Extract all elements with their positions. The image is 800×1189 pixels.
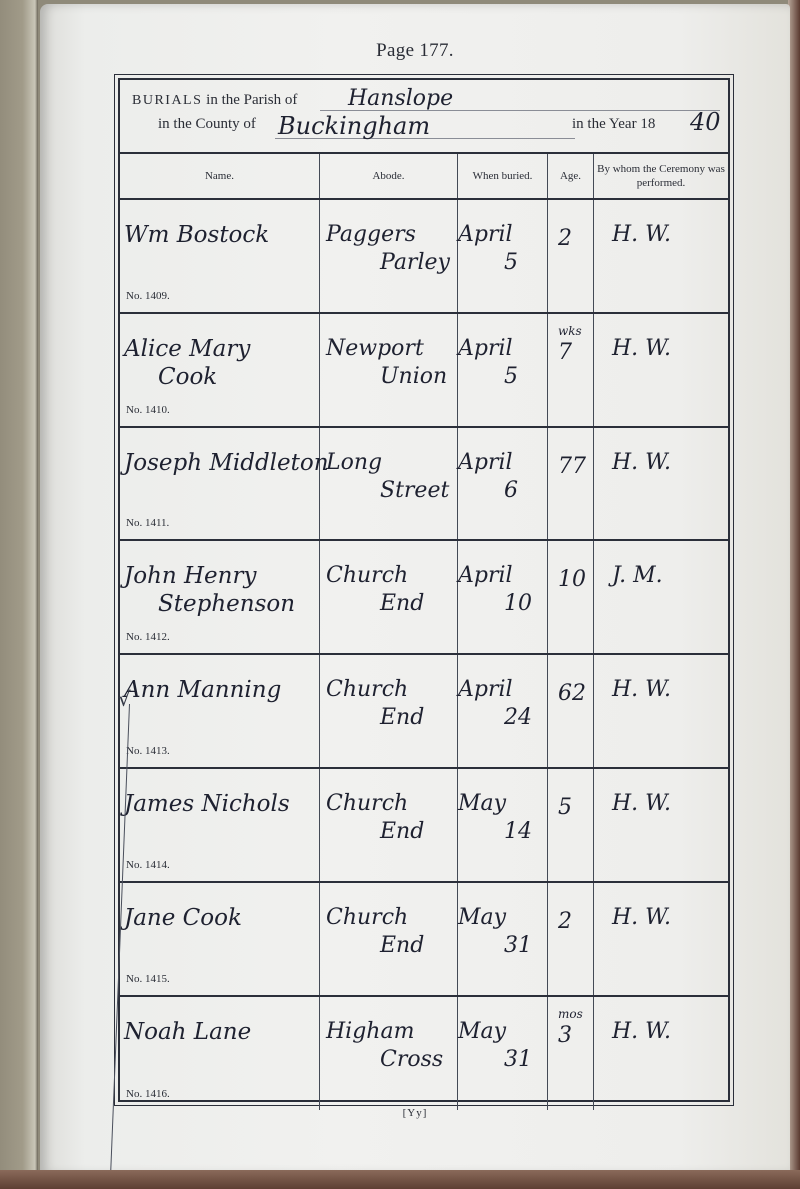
entry-age: 7 — [558, 340, 572, 365]
entry-burial-day: 31 — [504, 1047, 532, 1072]
table-edge-bottom — [0, 1170, 800, 1189]
entry-abode: Newport — [326, 336, 424, 361]
entry-row: James Nichols No. 1414. Church End May 1… — [120, 769, 728, 883]
entry-row: Joseph Middleton No. 1411. Long Street A… — [120, 428, 728, 542]
entry-row: Jane Cook No. 1415. Church End May 31 2 — [120, 883, 728, 997]
entry-burial-month: April — [458, 563, 513, 588]
entry-burial-month: April — [458, 450, 513, 475]
entry-burial-day: 31 — [504, 933, 532, 958]
entry-burial-month: April — [458, 336, 513, 361]
entry-officiant: H. W. — [612, 336, 671, 361]
entry-age: 77 — [558, 454, 586, 479]
entry-age: 5 — [558, 795, 572, 820]
entries-list: Wm Bostock No. 1409. Paggers Parley Apri… — [120, 200, 728, 1110]
entry-burial-day: 14 — [504, 819, 532, 844]
entry-age-unit: wks — [558, 324, 582, 338]
entry-burial-day: 10 — [504, 591, 532, 616]
entry-officiant: H. W. — [612, 905, 671, 930]
entry-name-continued: Cook — [158, 364, 217, 390]
entry-abode-continued: End — [380, 591, 424, 616]
entry-row: Noah Lane No. 1416. Higham Cross May 31 … — [120, 997, 728, 1111]
header-name: Name. — [120, 154, 320, 198]
entry-age: 2 — [558, 909, 572, 934]
entry-abode: Long — [326, 450, 382, 475]
year-label: in the Year 18 — [572, 116, 655, 133]
county-value: Buckingham — [278, 112, 430, 140]
entry-abode-continued: Cross — [380, 1047, 443, 1072]
header-officiant: By whom the Ceremony was performed. — [594, 154, 728, 198]
entry-number: No. 1411. — [126, 517, 169, 529]
entry-burial-month: May — [458, 791, 506, 816]
header-abode: Abode. — [320, 154, 458, 198]
entry-abode-continued: End — [380, 705, 424, 730]
entry-abode: Church — [326, 791, 408, 816]
book-binding — [0, 0, 38, 1189]
entry-name: Wm Bostock — [124, 222, 269, 248]
entry-number: No. 1410. — [126, 404, 170, 416]
entry-abode: Higham — [326, 1019, 414, 1044]
register-title: BURIALS in the Parish of Hanslope in the… — [120, 80, 728, 154]
entry-abode-continued: Street — [380, 478, 449, 503]
entry-number: No. 1409. — [126, 290, 170, 302]
entry-officiant: J. M. — [612, 563, 663, 588]
entry-age: 2 — [558, 226, 572, 251]
entry-row: Wm Bostock No. 1409. Paggers Parley Apri… — [120, 200, 728, 314]
entry-abode: Church — [326, 563, 408, 588]
entry-burial-month: May — [458, 905, 506, 930]
entry-burial-day: 6 — [504, 478, 518, 503]
entry-officiant: H. W. — [612, 222, 671, 247]
entry-burial-day: 5 — [504, 250, 518, 275]
entry-row: Alice Mary Cook No. 1410. Newport Union … — [120, 314, 728, 428]
entry-row: Ann Manning No. 1413. Church End April 2… — [120, 655, 728, 769]
burial-register-table: BURIALS in the Parish of Hanslope in the… — [118, 78, 730, 1102]
page-number: Page 177. — [40, 40, 790, 62]
entry-age: 62 — [558, 681, 586, 706]
entry-name: John Henry — [124, 563, 256, 589]
entry-name-continued: Stephenson — [158, 591, 295, 617]
entry-name: Ann Manning — [124, 677, 281, 703]
register-page: Page 177. BURIALS in the Parish of Hansl… — [40, 4, 790, 1174]
printer-signature-mark: [Yy] — [40, 1107, 790, 1119]
entry-age: 10 — [558, 567, 586, 592]
entry-age: 3 — [558, 1023, 572, 1048]
entry-burial-month: April — [458, 677, 513, 702]
entry-abode: Paggers — [326, 222, 416, 247]
entry-age-unit: mos — [558, 1007, 583, 1021]
entry-officiant: H. W. — [612, 450, 671, 475]
entry-burial-month: May — [458, 1019, 506, 1044]
column-header-row: Name. Abode. When buried. Age. By whom t… — [120, 154, 728, 200]
header-age: Age. — [548, 154, 594, 198]
entry-abode-continued: End — [380, 933, 424, 958]
entry-officiant: H. W. — [612, 677, 671, 702]
header-when-buried: When buried. — [458, 154, 548, 198]
year-value: 40 — [690, 108, 721, 136]
burials-label: BURIALS — [132, 93, 202, 108]
entry-abode: Church — [326, 905, 408, 930]
entry-abode-continued: End — [380, 819, 424, 844]
entry-row: John Henry Stephenson No. 1412. Church E… — [120, 541, 728, 655]
entry-officiant: H. W. — [612, 791, 671, 816]
parish-label: in the Parish of — [206, 92, 297, 108]
entry-burial-month: April — [458, 222, 513, 247]
entry-abode: Church — [326, 677, 408, 702]
entry-number: No. 1412. — [126, 631, 170, 643]
parish-value: Hanslope — [348, 86, 453, 111]
entry-abode-continued: Union — [380, 364, 447, 389]
entry-name: Alice Mary — [124, 336, 250, 362]
entry-officiant: H. W. — [612, 1019, 671, 1044]
entry-name: Joseph Middleton — [124, 450, 329, 476]
entry-abode-continued: Parley — [380, 250, 450, 275]
county-label: in the County of — [158, 116, 256, 133]
entry-burial-day: 5 — [504, 364, 518, 389]
entry-burial-day: 24 — [504, 705, 532, 730]
